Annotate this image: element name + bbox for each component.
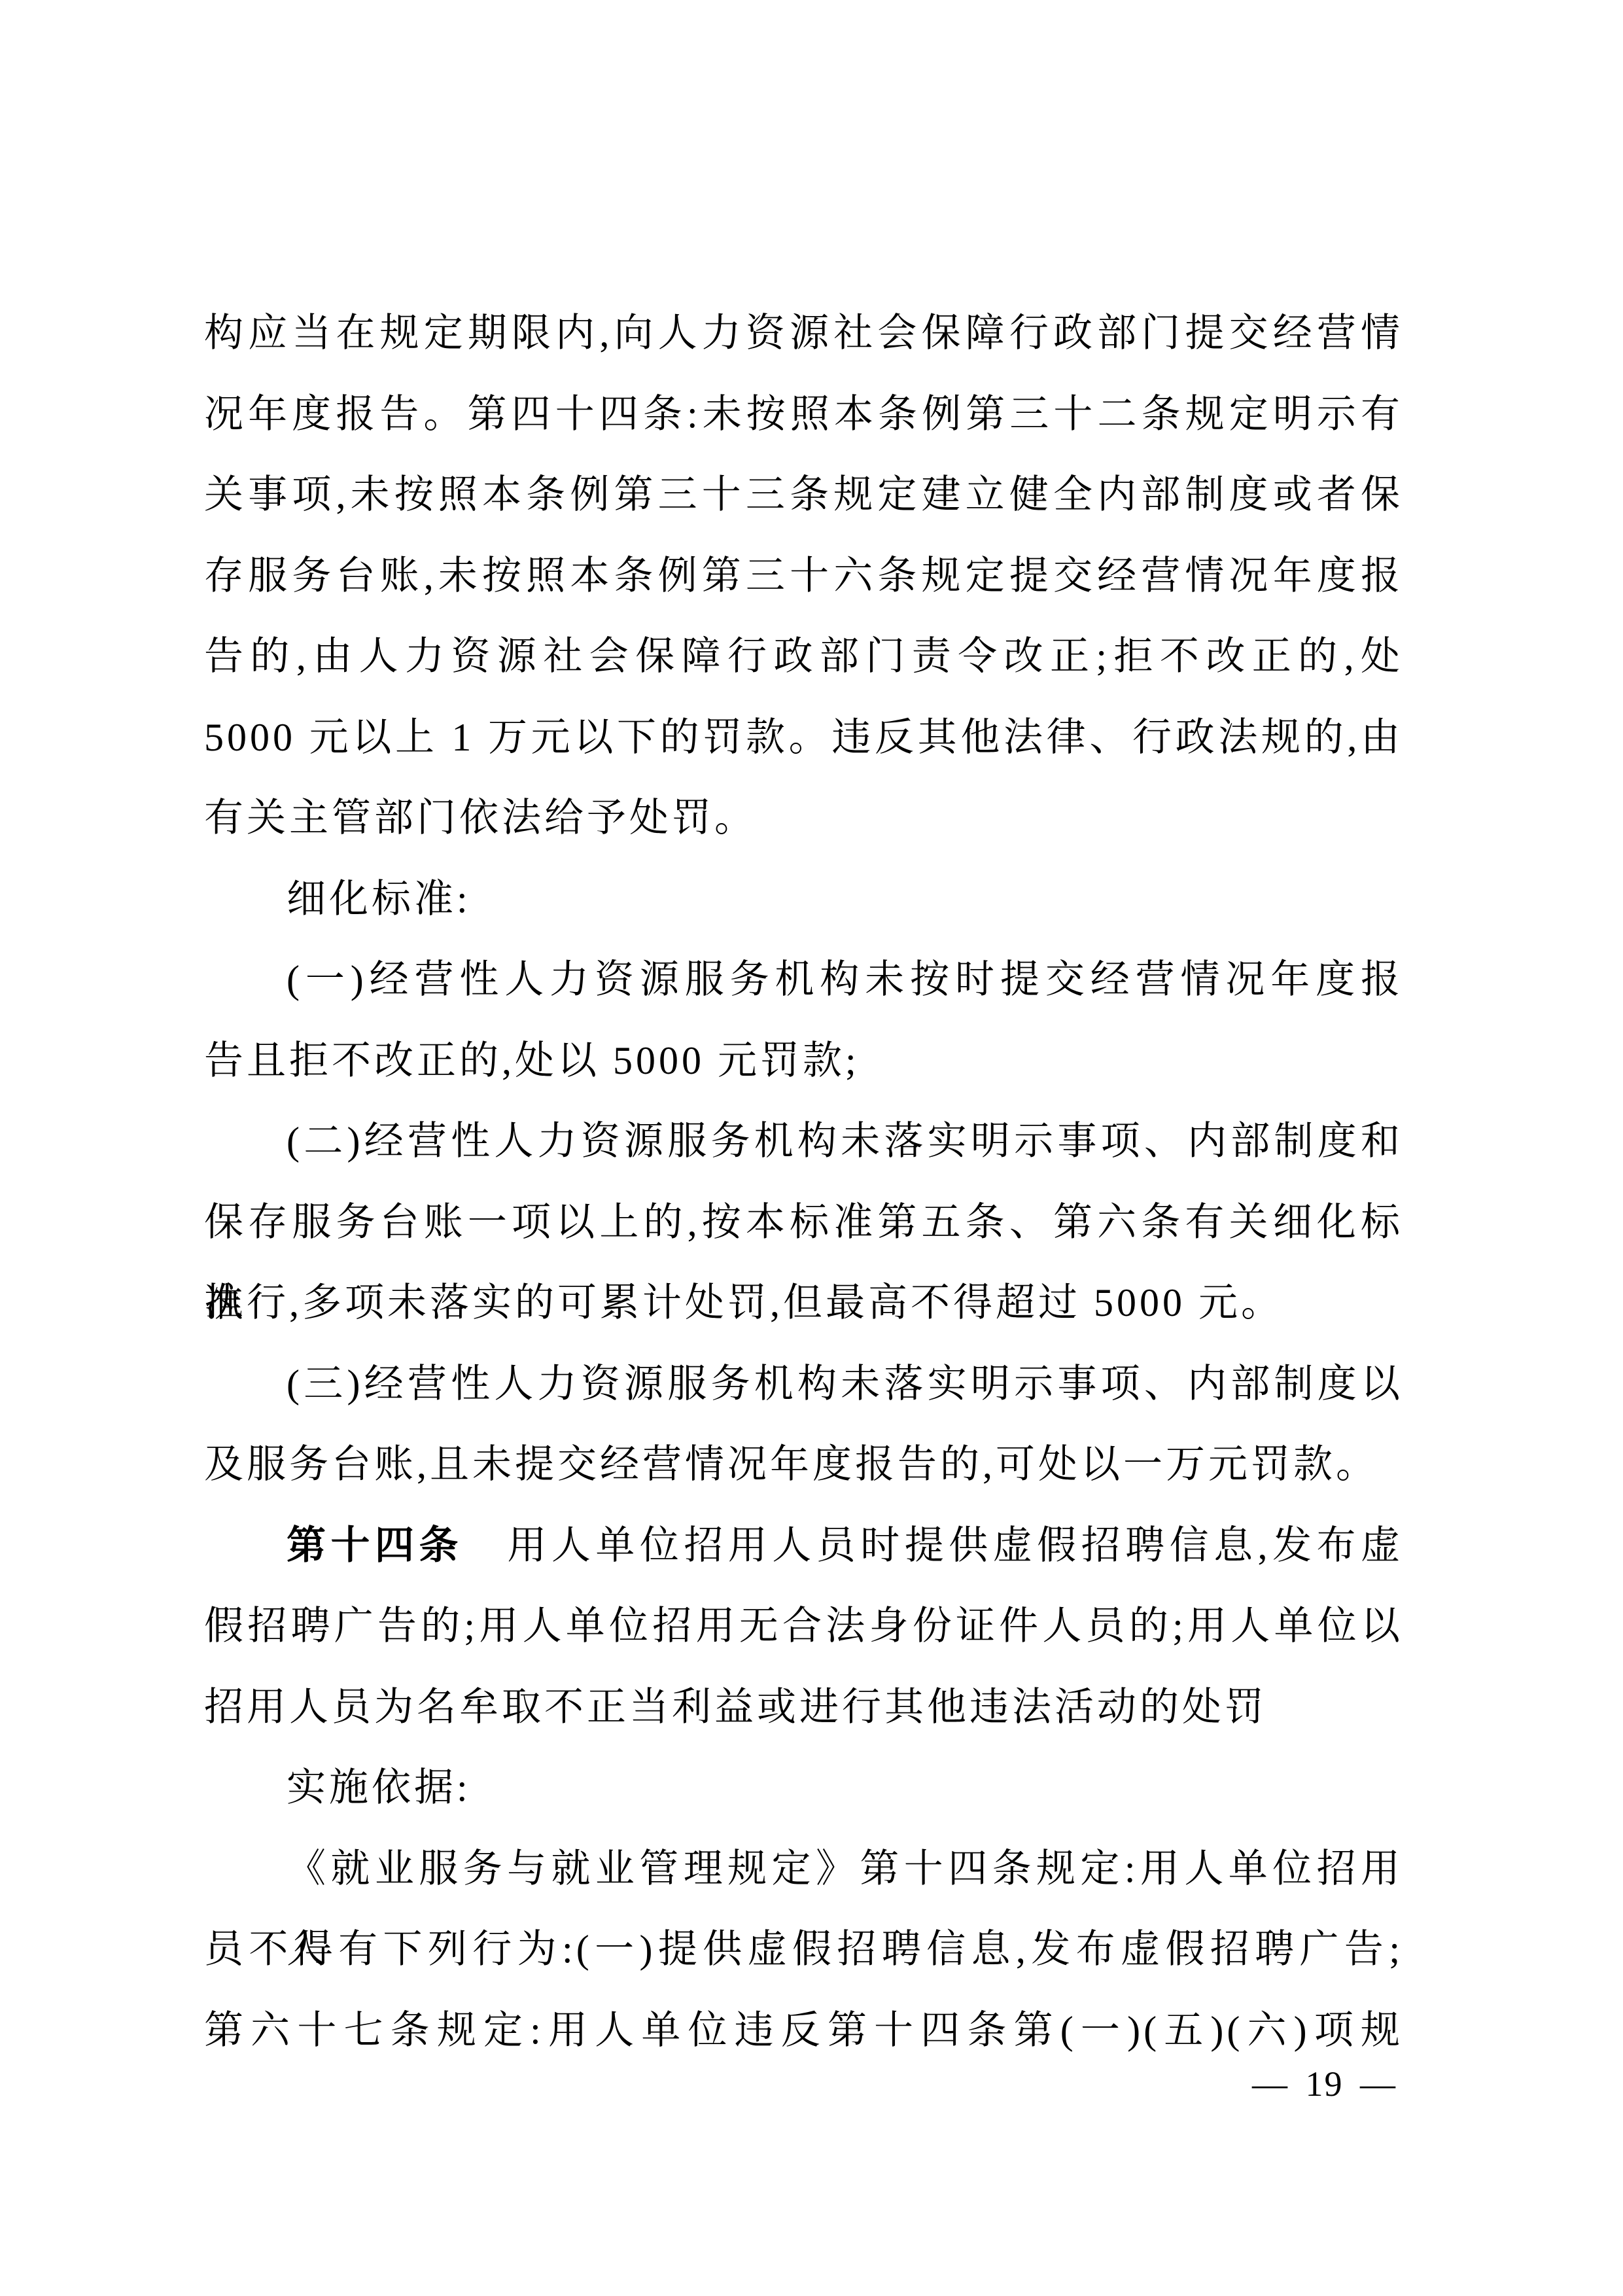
text-line: 假招聘广告的;用人单位招用无合法身份证件人员的;用人单位以	[204, 1586, 1403, 1667]
text-line-heading: 细化标准:	[204, 859, 1403, 940]
document-text-block: 构应当在规定期限内,向人力资源社会保障行政部门提交经营情 况年度报告。第四十四条…	[204, 293, 1403, 2071]
text-line: 执行,多项未落实的可累计处罚,但最高不得超过 5000 元。	[204, 1263, 1403, 1344]
text-line: 告的,由人力资源社会保障行政部门责令改正;拒不改正的,处	[204, 616, 1403, 698]
page-number: — 19 —	[1252, 2061, 1397, 2107]
text-line-heading: 实施依据:	[204, 1748, 1403, 1829]
article-number-label: 第十四条	[287, 1524, 463, 1567]
text-line: 《就业服务与就业管理规定》第十四条规定:用人单位招用人	[204, 1829, 1403, 1910]
text-line: 及服务台账,且未提交经营情况年度报告的,可处以一万元罚款。	[204, 1424, 1403, 1506]
text-line: 存服务台账,未按照本条例第三十六条规定提交经营情况年度报	[204, 536, 1403, 617]
text-line: 构应当在规定期限内,向人力资源社会保障行政部门提交经营情	[204, 293, 1403, 374]
text-line: 有关主管部门依法给予处罚。	[204, 778, 1403, 859]
document-page: 构应当在规定期限内,向人力资源社会保障行政部门提交经营情 况年度报告。第四十四条…	[0, 0, 1623, 2296]
text-line: (三)经营性人力资源服务机构未落实明示事项、内部制度以	[204, 1344, 1403, 1425]
text-line: 员不得有下列行为:(一)提供虚假招聘信息,发布虚假招聘广告;	[204, 1909, 1403, 1990]
article-body-text: 用人单位招用人员时提供虚假招聘信息,发布虚	[463, 1524, 1403, 1567]
text-line: 况年度报告。第四十四条:未按照本条例第三十二条规定明示有	[204, 374, 1403, 455]
text-line: 保存服务台账一项以上的,按本标准第五条、第六条有关细化标准	[204, 1182, 1403, 1263]
text-line: (一)经营性人力资源服务机构未按时提交经营情况年度报	[204, 940, 1403, 1021]
text-line: 招用人员为名牟取不正当利益或进行其他违法活动的处罚	[204, 1667, 1403, 1748]
text-line: 告且拒不改正的,处以 5000 元罚款;	[204, 1021, 1403, 1102]
text-line: (二)经营性人力资源服务机构未落实明示事项、内部制度和	[204, 1101, 1403, 1182]
text-line: 5000 元以上 1 万元以下的罚款。违反其他法律、行政法规的,由	[204, 698, 1403, 779]
text-line: 第六十七条规定:用人单位违反第十四条第(一)(五)(六)项规	[204, 1990, 1403, 2072]
text-line: 关事项,未按照本条例第三十三条规定建立健全内部制度或者保	[204, 455, 1403, 536]
text-line-article: 第十四条 用人单位招用人员时提供虚假招聘信息,发布虚	[204, 1506, 1403, 1587]
